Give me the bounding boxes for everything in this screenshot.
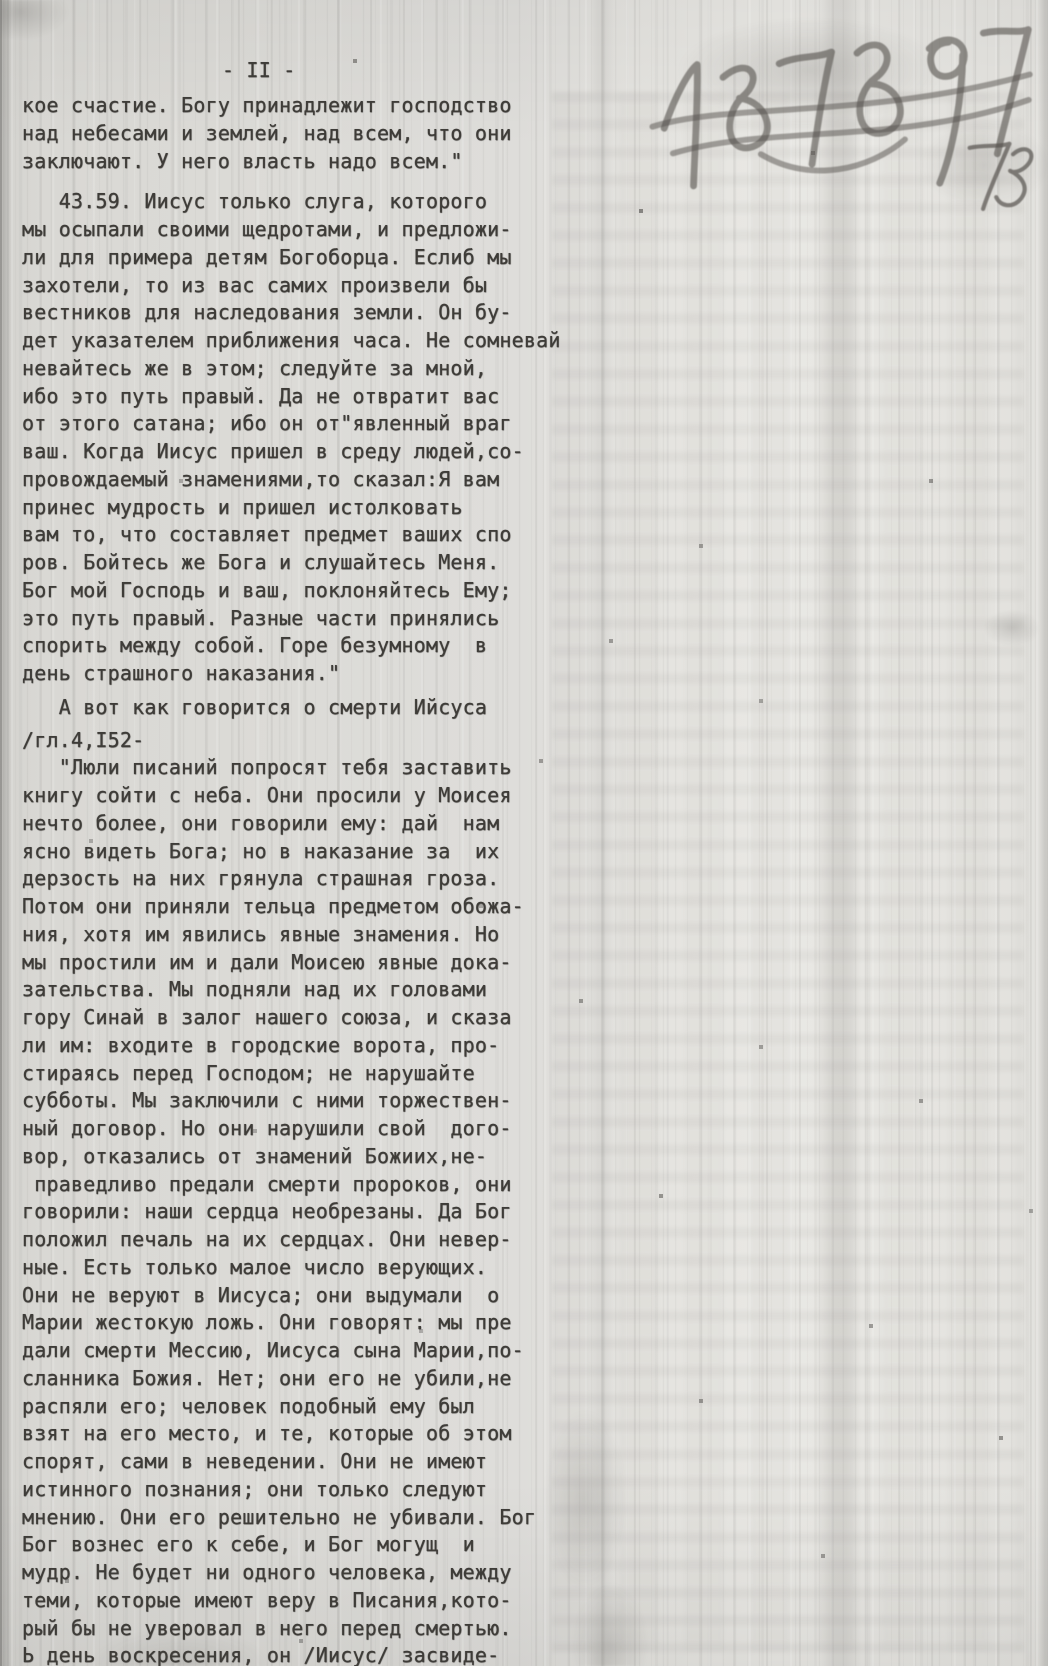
text-line: мы простили им и дали Моисею явные дока-	[22, 949, 622, 977]
text-line: Бог мой Господь и ваш, поклоняйтесь Ему;	[22, 577, 622, 605]
text-line: дет указателем приближения часа. Не сомн…	[22, 327, 622, 355]
text-line: день страшного наказания."	[22, 660, 622, 688]
text-line: распяли его; человек подобный ему был	[22, 1393, 622, 1421]
text-line: Марии жестокую ложь. Они говорят: мы пре	[22, 1309, 622, 1337]
text-line: нечто более, они говорили ему: дай нам	[22, 810, 622, 838]
handwritten-page-number: 73	[960, 128, 1043, 222]
typewritten-text-column: - II - кое счастие. Богу принадлежит гос…	[22, 56, 622, 1666]
text-line: гору Синай в залог нашего союза, и сказа	[22, 1004, 622, 1032]
text-line: над небесами и землей, над всем, что они	[22, 120, 622, 148]
text-line: мудр. Не будет ни одного человека, между	[22, 1559, 622, 1587]
text-line: положил печаль на их сердцах. Они невер-	[22, 1226, 622, 1254]
text-line: истинного познания; они только следуют	[22, 1476, 622, 1504]
text-line: вестников для наследования земли. Он бу-	[22, 299, 622, 327]
text-line: ров. Бойтесь же Бога и слушайтесь Меня.	[22, 549, 622, 577]
text-line: "Люли писаний попросят тебя заставить	[22, 754, 622, 782]
text-line: Ь день воскресения, он /Иисус/ засвиде-	[22, 1642, 622, 1666]
text-line: сланника Божия. Нет; они его не убили,не	[22, 1365, 622, 1393]
paper-specks	[0, 0, 2, 2]
text-line: праведливо предали смерти пророков, они	[22, 1171, 622, 1199]
text-line: вор, отказались от знамений Божиих,не-	[22, 1143, 622, 1171]
text-line: взят на его место, и те, которые об этом	[22, 1420, 622, 1448]
text-line: это путь правый. Разные части принялись	[22, 605, 622, 633]
text-line: ли для примера детям Богоборца. Еслиб мы	[22, 244, 622, 272]
text-line: заключают. У него власть надо всем."	[22, 148, 622, 176]
text-line: от этого сатана; ибо он от"явленный враг	[22, 410, 622, 438]
text-line: рый бы не уверовал в него перед смертью.	[22, 1615, 622, 1643]
text-line: Они не веруют в Иисуса; они выдумали о	[22, 1282, 622, 1310]
text-line: мнению. Они его решительно не убивали. Б…	[22, 1504, 622, 1532]
text-line: дали смерти Мессию, Иисуса сына Марии,по…	[22, 1337, 622, 1365]
text-line: спорят, сами в неведении. Они не имеют	[22, 1448, 622, 1476]
text-line: провождаемый знамениями,то сказал:Я вам	[22, 466, 622, 494]
text-line: принес мудрость и пришел истолковать	[22, 494, 622, 522]
text-line: захотели, то из вас самих произвели бы	[22, 272, 622, 300]
text-line: А вот как говорится о смерти Ийсуса	[22, 694, 622, 722]
text-line: говорили: наши сердца необрезаны. Да Бог	[22, 1198, 622, 1226]
text-line: стираясь перед Господом; не нарушайте	[22, 1060, 622, 1088]
text-line: ные. Есть только малое число верующих.	[22, 1254, 622, 1282]
text-line: зательства. Мы подняли над их головами	[22, 976, 622, 1004]
text-line: дерзость на них грянула страшная гроза.	[22, 865, 622, 893]
text-line: ваш. Когда Иисус пришел в среду людей,со…	[22, 438, 622, 466]
bleed-through-ghost-text	[552, 92, 1024, 1652]
text-line: субботы. Мы заключили с ними торжествен-	[22, 1087, 622, 1115]
text-line: кое счастие. Богу принадлежит господство	[22, 92, 622, 120]
text-line: /гл.4,I52-	[22, 727, 622, 755]
text-line: ния, хотя им явились явные знамения. Но	[22, 921, 622, 949]
page-number-header: - II -	[222, 56, 622, 84]
text-line: 43.59. Иисус только слуга, которого	[22, 188, 622, 216]
scanned-document-page: 187897 73 - II - кое счастие. Богу прина…	[0, 0, 1048, 1666]
text-line: Потом они приняли тельца предметом обожа…	[22, 893, 622, 921]
text-line: ибо это путь правый. Да не отвратит вас	[22, 383, 622, 411]
text-line: мы осыпали своими щедротами, и предложи-	[22, 216, 622, 244]
text-line: ли им: входите в городские ворота, про-	[22, 1032, 622, 1060]
text-line: ный договор. Но они нарушили свой дого-	[22, 1115, 622, 1143]
text-body: кое счастие. Богу принадлежит господство…	[22, 92, 622, 1666]
text-line: книгу сойти с неба. Они просили у Моисея	[22, 782, 622, 810]
text-line: спорить между собой. Горе безумному в	[22, 632, 622, 660]
text-line: Бог вознес его к себе, и Бог могущ и	[22, 1531, 622, 1559]
text-line: невайтесь же в этом; следуйте за мной,	[22, 355, 622, 383]
text-line: вам то, что составляет предмет ваших спо	[22, 521, 622, 549]
text-line: теми, которые имеют веру в Писания,кото-	[22, 1587, 622, 1615]
text-line: ясно видеть Бога; но в наказание за их	[22, 838, 622, 866]
